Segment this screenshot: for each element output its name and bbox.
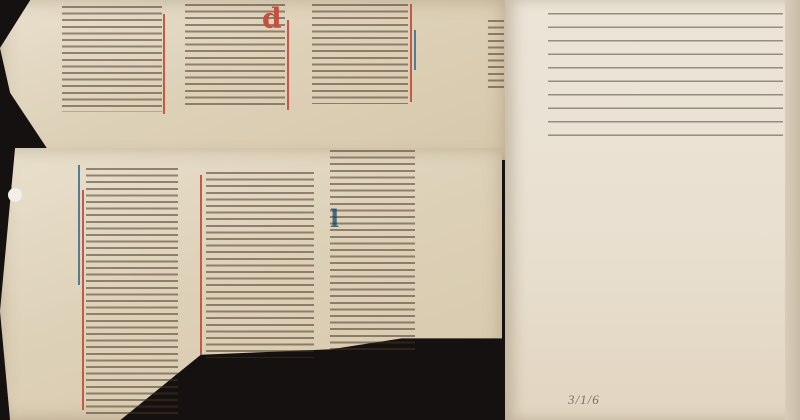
lower-text-column-2: [206, 172, 314, 358]
rubric-line: [163, 14, 165, 114]
rubric-line: [414, 30, 416, 70]
upper-text-column-4: [488, 20, 504, 90]
upper-text-column-1: [62, 6, 162, 112]
illuminated-initial: d: [262, 2, 282, 35]
upper-text-column-3: [312, 4, 408, 104]
rubric-line: [410, 4, 412, 102]
rubric-line: [78, 165, 80, 285]
lower-text-column-1: [86, 168, 178, 416]
handwritten-text-block: [548, 6, 783, 146]
paper-edge: [785, 0, 800, 420]
rubric-line: [200, 175, 202, 355]
punch-hole: [8, 188, 22, 202]
rubric-line: [287, 20, 289, 110]
lower-text-column-3: [330, 150, 415, 350]
rubric-line: [82, 190, 84, 410]
pencil-foliation: 3/1/6: [568, 392, 600, 408]
